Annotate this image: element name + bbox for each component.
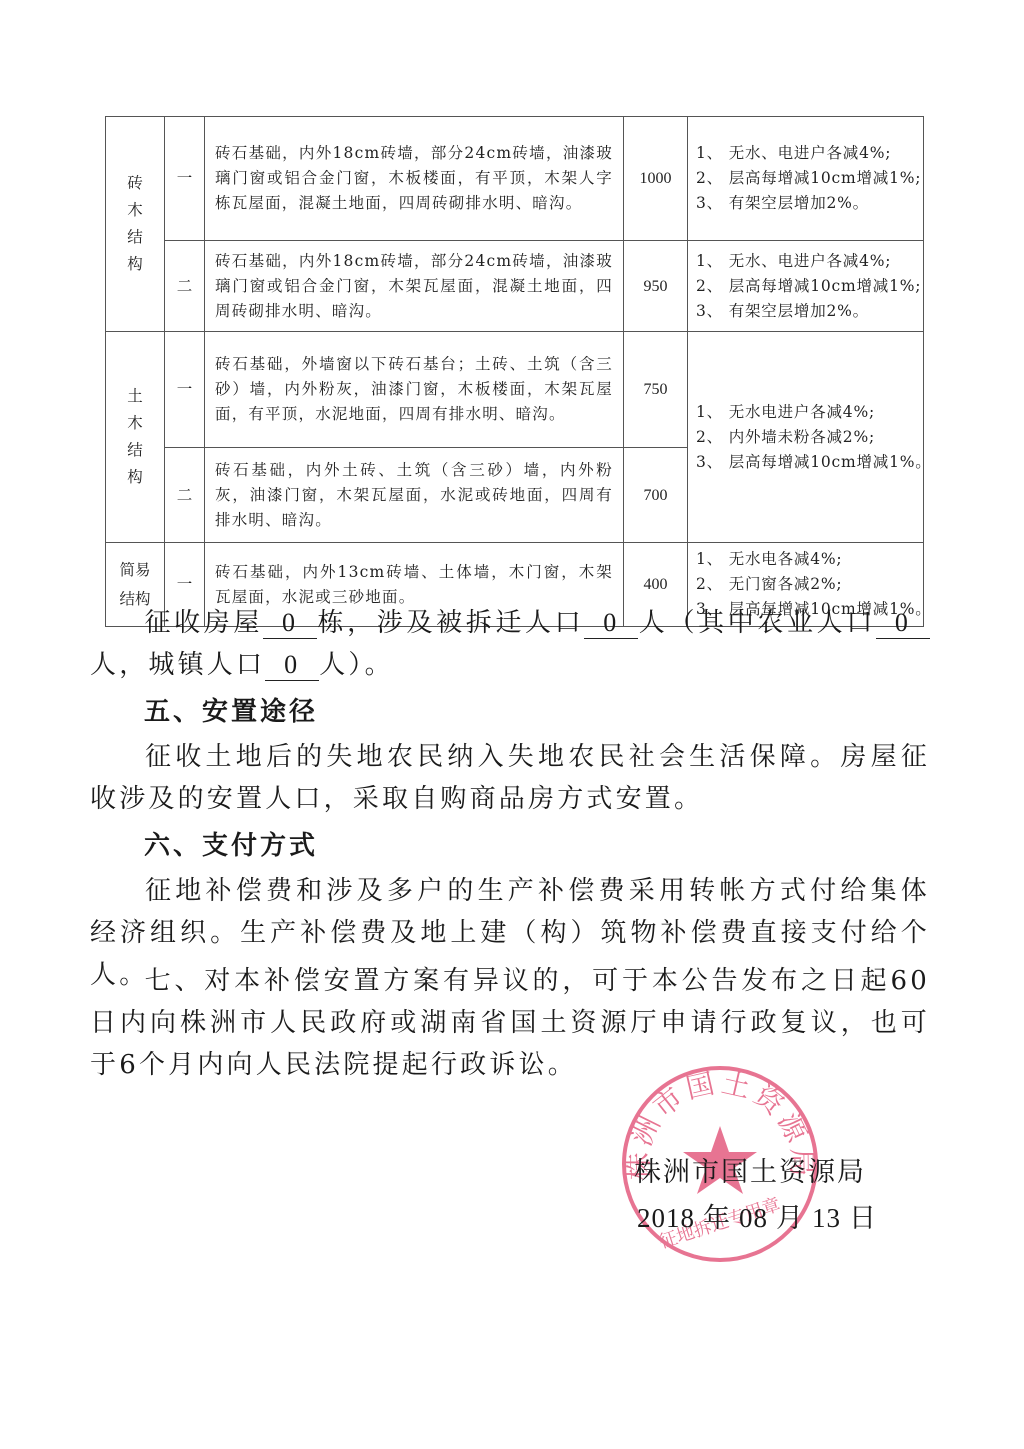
building-compensation-table: 砖 木 结 构 一 砖石基础，内外18cm砖墙，部分24cm砖墙，油漆玻璃门窗或… [105,116,924,627]
description-cell: 砖石基础，内外土砖、土筑（含三砂）墙，内外粉灰，油漆门窗，木架瓦屋面，水泥或砖地… [205,448,624,543]
grade-cell: 二 [165,241,205,332]
section-heading-payment: 六、支付方式 [144,825,318,867]
description-cell: 砖石基础，内外18cm砖墙，部分24cm砖墙，油漆玻璃门窗或铝合金门窗，木架瓦屋… [205,241,624,332]
urban-count: 0 [265,650,319,681]
table-row: 砖 木 结 构 一 砖石基础，内外18cm砖墙，部分24cm砖墙，油漆玻璃门窗或… [106,117,924,241]
description-cell: 砖石基础，内外18cm砖墙，部分24cm砖墙，油漆玻璃门窗或铝合金门窗，木板楼面… [205,117,624,241]
displaced-count: 0 [584,608,638,639]
document-page: 砖 木 结 构 一 砖石基础，内外18cm砖墙，部分24cm砖墙，油漆玻璃门窗或… [0,0,1024,1449]
price-cell: 1000 [624,117,688,241]
resettlement-paragraph: 征收土地后的失地农民纳入失地农民社会生活保障。房屋征收涉及的安置人口，采取自购商… [90,736,930,820]
category-cell-brick-wood: 砖 木 结 构 [106,117,165,332]
agricultural-count: 0 [876,608,930,639]
grade-cell: 二 [165,448,205,543]
price-cell: 950 [624,241,688,332]
grade-cell: 一 [165,117,205,241]
price-cell: 750 [624,332,688,448]
houses-count: 0 [263,608,317,639]
adjustment-cell: 1、 无水电进户各减4%; 2、 内外墙未粉各减2%; 3、 层高每增减10cm… [688,332,924,543]
adjustment-cell: 1、 无水、电进户各减4%; 2、 层高每增减10cm增减1%; 3、 有架空层… [688,241,924,332]
table-row: 土 木 结 构 一 砖石基础，外墙窗以下砖石基台；土砖、土筑（含三砂）墙，内外粉… [106,332,924,448]
section-heading-resettlement: 五、安置途径 [144,691,318,733]
table-row: 二 砖石基础，内外18cm砖墙，部分24cm砖墙，油漆玻璃门窗或铝合金门窗，木架… [106,241,924,332]
category-cell-earth-wood: 土 木 结 构 [106,332,165,543]
adjustment-cell: 1、 无水、电进户各减4%; 2、 层高每增减10cm增减1%; 3、 有架空层… [688,117,924,241]
price-cell: 700 [624,448,688,543]
signature-organization: 株洲市国土资源局 [634,1150,866,1189]
population-paragraph: 征收房屋0栋，涉及被拆迁人口0人（其中农业人口0人，城镇人口0人）。 [90,602,930,686]
description-cell: 砖石基础，外墙窗以下砖石基台；土砖、土筑（含三砂）墙，内外粉灰，油漆门窗，木板楼… [205,332,624,448]
grade-cell: 一 [165,332,205,448]
signature-date: 2018年08月13日 [637,1196,885,1235]
